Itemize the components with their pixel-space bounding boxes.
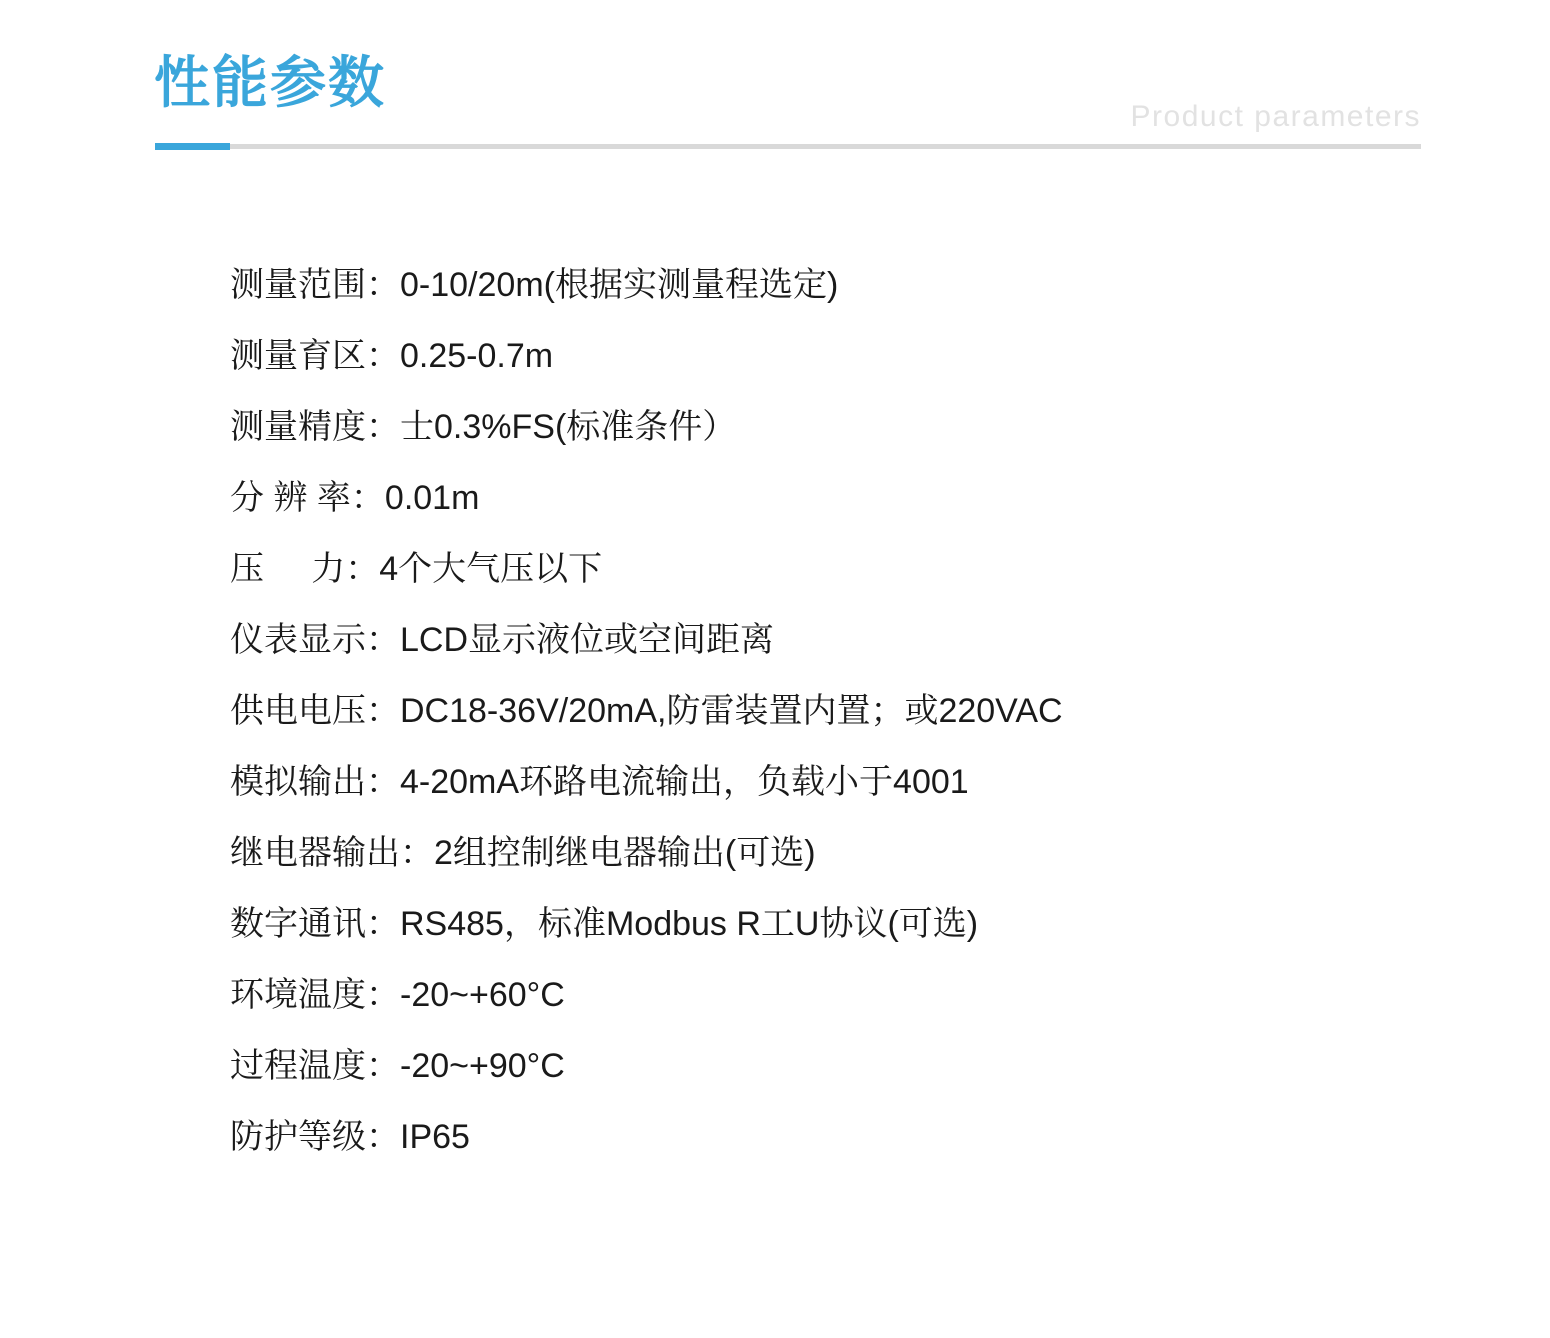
parameter-list: 测量范围：0-10/20m(根据实测量程选定) 测量育区：0.25-0.7m 测… — [230, 250, 1430, 1173]
param-row-pressure: 压 力：4个大气压以下 — [230, 534, 1430, 605]
param-row-display: 仪表显示：LCD显示液位或空间距离 — [230, 605, 1430, 676]
param-colon: ： — [351, 479, 385, 517]
param-value: -20~+60°C — [400, 976, 565, 1014]
param-colon: ： — [366, 1118, 400, 1156]
param-value: 0.01m — [385, 479, 480, 517]
param-row-process-temp: 过程温度：-20~+90°C — [230, 1031, 1430, 1102]
product-parameters-page: 性能参数 Product parameters 测量范围：0-10/20m(根据… — [0, 0, 1550, 1338]
param-value: 0-10/20m(根据实测量程选定) — [400, 266, 838, 304]
param-label: 环境温度 — [230, 976, 366, 1014]
param-row-analog-output: 模拟输出：4-20mA环路电流输出，负载小于4001 — [230, 747, 1430, 818]
param-value: DC18-36V/20mA,防雷装置内置；或220VAC — [400, 692, 1063, 730]
param-colon: ： — [366, 621, 400, 659]
param-value: RS485，标准Modbus R工U协议(可选) — [400, 905, 978, 943]
param-colon: ： — [400, 834, 434, 872]
param-row-ambient-temp: 环境温度：-20~+60°C — [230, 960, 1430, 1031]
param-colon: ： — [366, 763, 400, 801]
param-colon: ： — [366, 266, 400, 304]
param-label: 过程温度 — [230, 1047, 366, 1085]
underline-accent-bar — [155, 143, 230, 150]
param-colon: ： — [366, 905, 400, 943]
param-label: 分 辨 率 — [230, 479, 351, 517]
param-value: 0.25-0.7m — [400, 337, 553, 375]
param-colon: ： — [366, 337, 400, 375]
param-row-supply-voltage: 供电电压：DC18-36V/20mA,防雷装置内置；或220VAC — [230, 676, 1430, 747]
param-label: 测量范围 — [230, 266, 366, 304]
param-row-accuracy: 测量精度：士0.3%FS(标准条件） — [230, 392, 1430, 463]
param-label: 仪表显示 — [230, 621, 366, 659]
param-colon: ： — [366, 1047, 400, 1085]
param-value: 4-20mA环路电流输出，负载小于4001 — [400, 763, 969, 801]
param-row-blind-zone: 测量育区：0.25-0.7m — [230, 321, 1430, 392]
param-colon: ： — [366, 408, 400, 446]
param-label: 继电器输出 — [230, 834, 400, 872]
param-row-relay-output: 继电器输出：2组控制继电器输出(可选) — [230, 818, 1430, 889]
param-value: LCD显示液位或空间距离 — [400, 621, 774, 659]
param-label: 模拟输出 — [230, 763, 366, 801]
param-value: -20~+90°C — [400, 1047, 565, 1085]
page-subtitle-english: Product parameters — [155, 99, 1421, 135]
param-row-measure-range: 测量范围：0-10/20m(根据实测量程选定) — [230, 250, 1430, 321]
param-label: 测量育区 — [230, 337, 366, 375]
param-label: 测量精度 — [230, 408, 366, 446]
param-value: 士0.3%FS(标准条件） — [400, 408, 736, 446]
param-value: 4个大气压以下 — [379, 550, 602, 588]
param-label: 数字通讯 — [230, 905, 366, 943]
param-row-resolution: 分 辨 率：0.01m — [230, 463, 1430, 534]
param-colon: ： — [345, 550, 379, 588]
param-row-protection-rating: 防护等级：IP65 — [230, 1102, 1430, 1173]
param-label: 供电电压 — [230, 692, 366, 730]
param-colon: ： — [366, 976, 400, 1014]
param-label: 压 力 — [230, 550, 345, 588]
param-value: IP65 — [400, 1118, 470, 1156]
title-underline — [155, 143, 1421, 150]
param-row-digital-comm: 数字通讯：RS485，标准Modbus R工U协议(可选) — [230, 889, 1430, 960]
param-value: 2组控制继电器输出(可选) — [434, 834, 816, 872]
param-colon: ： — [366, 692, 400, 730]
underline-gray-line — [230, 144, 1421, 149]
param-label: 防护等级 — [230, 1118, 366, 1156]
